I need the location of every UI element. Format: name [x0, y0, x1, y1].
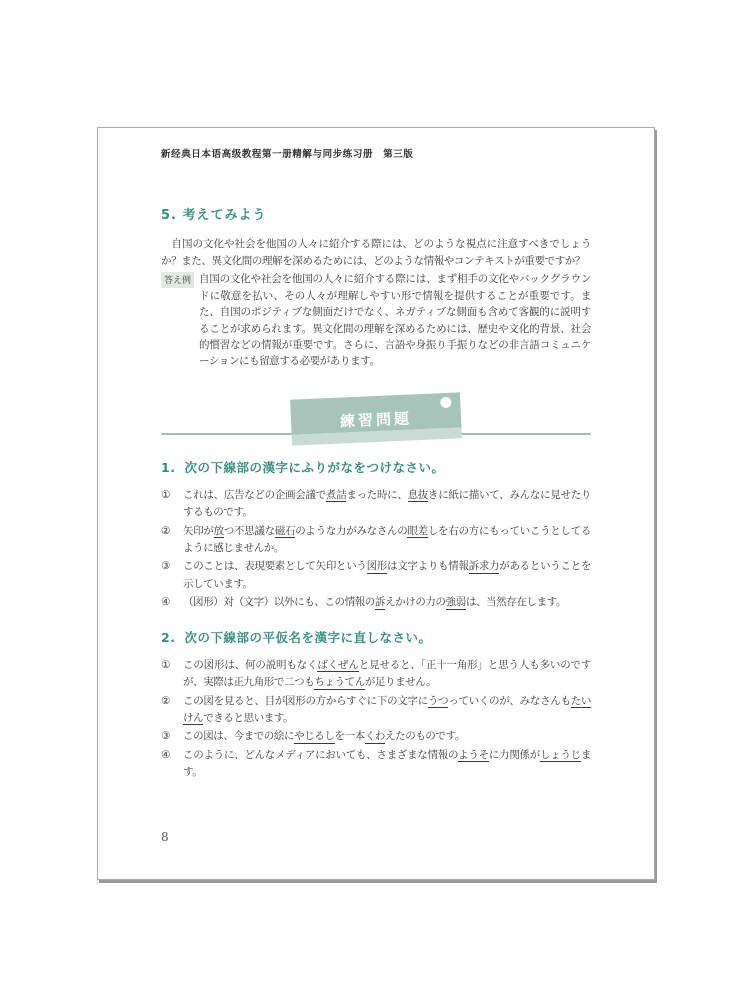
item-number: ③	[161, 728, 183, 745]
section-5-heading: 5. 考えてみよう	[161, 204, 591, 223]
underlined-term: しょうじ	[540, 749, 581, 763]
underlined-term: ようそ	[458, 749, 489, 763]
item-number: ②	[161, 523, 183, 540]
item-number: ④	[161, 594, 183, 611]
underlined-term: うつ	[428, 695, 448, 709]
exercise-section-1: 1.次の下線部の漢字にふりがなをつけなさい。①これは、広告などの企画会議で煮詰ま…	[161, 458, 591, 612]
underlined-term: 放	[214, 525, 224, 539]
underlined-term: 煮詰	[326, 489, 346, 503]
exercise-item: ④（図形）対（文字）以外にも、この情報の訴えかけの力の強弱は、当然存在します。	[161, 594, 591, 611]
item-number: ③	[161, 558, 183, 575]
plain-text: この図は、今までの絵に	[183, 730, 294, 742]
plain-text: は、当然存在します。	[466, 596, 566, 608]
underlined-term: ばくぜん	[317, 659, 358, 673]
plain-text: が足りません。	[365, 676, 436, 688]
question-paragraph: 自国の文化や社会を他国の人々に紹介する際には、どのような視点に注意すべきでしょう…	[161, 236, 591, 270]
item-text: このことは、表現要素として矢印という図形は文字よりも情報訴求力があるということを…	[183, 558, 591, 593]
item-text: 矢印が放つ不思議な磁石のような力がみなさんの眼差しを右の方にもっていこうとしてる…	[183, 523, 591, 558]
exercise-number: 1.	[161, 460, 175, 475]
practice-banner: 練習問題	[290, 392, 462, 445]
exercise-item: ②矢印が放つ不思議な磁石のような力がみなさんの眼差しを右の方にもっていこうとして…	[161, 523, 591, 558]
item-text: この図形は、何の説明もなくばくぜんと見せると、「正十一角形」と思う人も多いのです…	[183, 657, 591, 692]
exercise-item: ③この図は、今までの絵にやじるしを一本くわえたのものです。	[161, 728, 591, 745]
exercises: 1.次の下線部の漢字にふりがなをつけなさい。①これは、広告などの企画会議で煮詰ま…	[161, 458, 591, 782]
item-text: このように、どんなメディアにおいても、さまざまな情報のようそに力関係がしょうじま…	[183, 747, 591, 782]
plain-text: は文字よりも情報	[387, 560, 469, 572]
exercise-title: 次の下線部の漢字にふりがなをつけなさい。	[184, 460, 444, 475]
plain-text: この図を見ると、目が図形の方からすぐに下の文字に	[183, 695, 428, 707]
banner-dot-icon	[440, 397, 451, 408]
answer-text: 自国の文化や社会を他国の人々に紹介する際には、まず相手の文化やバックグラウンドに…	[199, 271, 591, 369]
exercise-number: 2.	[161, 630, 175, 645]
underlined-term: 磁石	[275, 525, 295, 539]
plain-text: えたのものです。	[385, 730, 465, 742]
item-text: （図形）対（文字）以外にも、この情報の訴えかけの力の強弱は、当然存在します。	[183, 594, 591, 611]
exercise-heading: 2.次の下線部の平仮名を漢字に直しなさい。	[161, 628, 591, 646]
exercise-item: ③このことは、表現要素として矢印という図形は文字よりも情報訴求力があるということ…	[161, 558, 591, 593]
item-text: この図を見ると、目が図形の方からすぐに下の文字にうつっていくのが、みなさんもたい…	[183, 693, 591, 728]
underlined-term: 訴	[375, 596, 385, 610]
plain-text: のような力がみなさんの	[295, 525, 407, 537]
plain-text: （図形）対（文字）以外にも、この情報の	[183, 596, 375, 608]
item-text: この図は、今までの絵にやじるしを一本くわえたのものです。	[183, 728, 591, 745]
plain-text: できると思います。	[203, 712, 293, 724]
item-number: ①	[161, 487, 183, 504]
book-title: 新经典日本语高级教程第一册精解与同步练习册 第三版	[161, 146, 591, 160]
exercise-item: ①この図形は、何の説明もなくばくぜんと見せると、「正十一角形」と思う人も多いので…	[161, 657, 591, 692]
page-number: 8	[161, 830, 169, 844]
page-card: 新经典日本语高级教程第一册精解与同步练习册 第三版 5. 考えてみよう 自国の文…	[97, 127, 655, 880]
plain-text: このことは、表現要素として矢印という	[183, 560, 367, 572]
underlined-term: 図形	[367, 560, 387, 574]
plain-text: これは、広告などの企画会議で	[183, 489, 326, 501]
item-text: これは、広告などの企画会議で煮詰まった時に、息抜きに紙に描いて、みんなに見せたり…	[183, 487, 591, 522]
plain-text: 矢印が	[183, 525, 214, 537]
item-number: ④	[161, 747, 183, 764]
plain-text: えかけの力の	[385, 596, 446, 608]
banner-label: 練習問題	[340, 407, 413, 431]
answer-example-badge: 答え例	[161, 272, 194, 288]
exercise-item: ④このように、どんなメディアにおいても、さまざまな情報のようそに力関係がしょうじ…	[161, 747, 591, 782]
item-number: ②	[161, 693, 183, 710]
underlined-term: くわ	[365, 730, 385, 744]
exercise-item: ①これは、広告などの企画会議で煮詰まった時に、息抜きに紙に描いて、みんなに見せた…	[161, 487, 591, 522]
exercise-item: ②この図を見ると、目が図形の方からすぐに下の文字にうつっていくのが、みなさんもた…	[161, 693, 591, 728]
exercise-section-2: 2.次の下線部の平仮名を漢字に直しなさい。①この図形は、何の説明もなくばくぜんと…	[161, 628, 591, 782]
underlined-term: 強弱	[446, 596, 466, 610]
exercise-title: 次の下線部の平仮名を漢字に直しなさい。	[184, 630, 431, 645]
plain-text: まった時に、	[346, 489, 407, 501]
underlined-term: 訴求力	[469, 560, 500, 574]
underlined-term: ちょうてん	[314, 676, 365, 690]
practice-banner-zone: 練習問題	[161, 380, 591, 442]
underlined-term: 眼差	[407, 525, 427, 539]
plain-text: を一本	[335, 730, 365, 742]
plain-text: っていくのが、みなさんも	[448, 695, 570, 707]
underlined-term: 息抜	[408, 489, 428, 503]
plain-text: つ不思議な	[224, 525, 275, 537]
answer-block: 答え例 自国の文化や社会を他国の人々に紹介する際には、まず相手の文化やバックグラ…	[161, 271, 591, 369]
underlined-term: やじるし	[294, 730, 334, 744]
item-number: ①	[161, 657, 183, 674]
exercise-heading: 1.次の下線部の漢字にふりがなをつけなさい。	[161, 458, 591, 476]
plain-text: この図形は、何の説明もなく	[183, 659, 317, 671]
plain-text: に力関係が	[489, 749, 540, 761]
plain-text: このように、どんなメディアにおいても、さまざまな情報の	[183, 749, 458, 761]
